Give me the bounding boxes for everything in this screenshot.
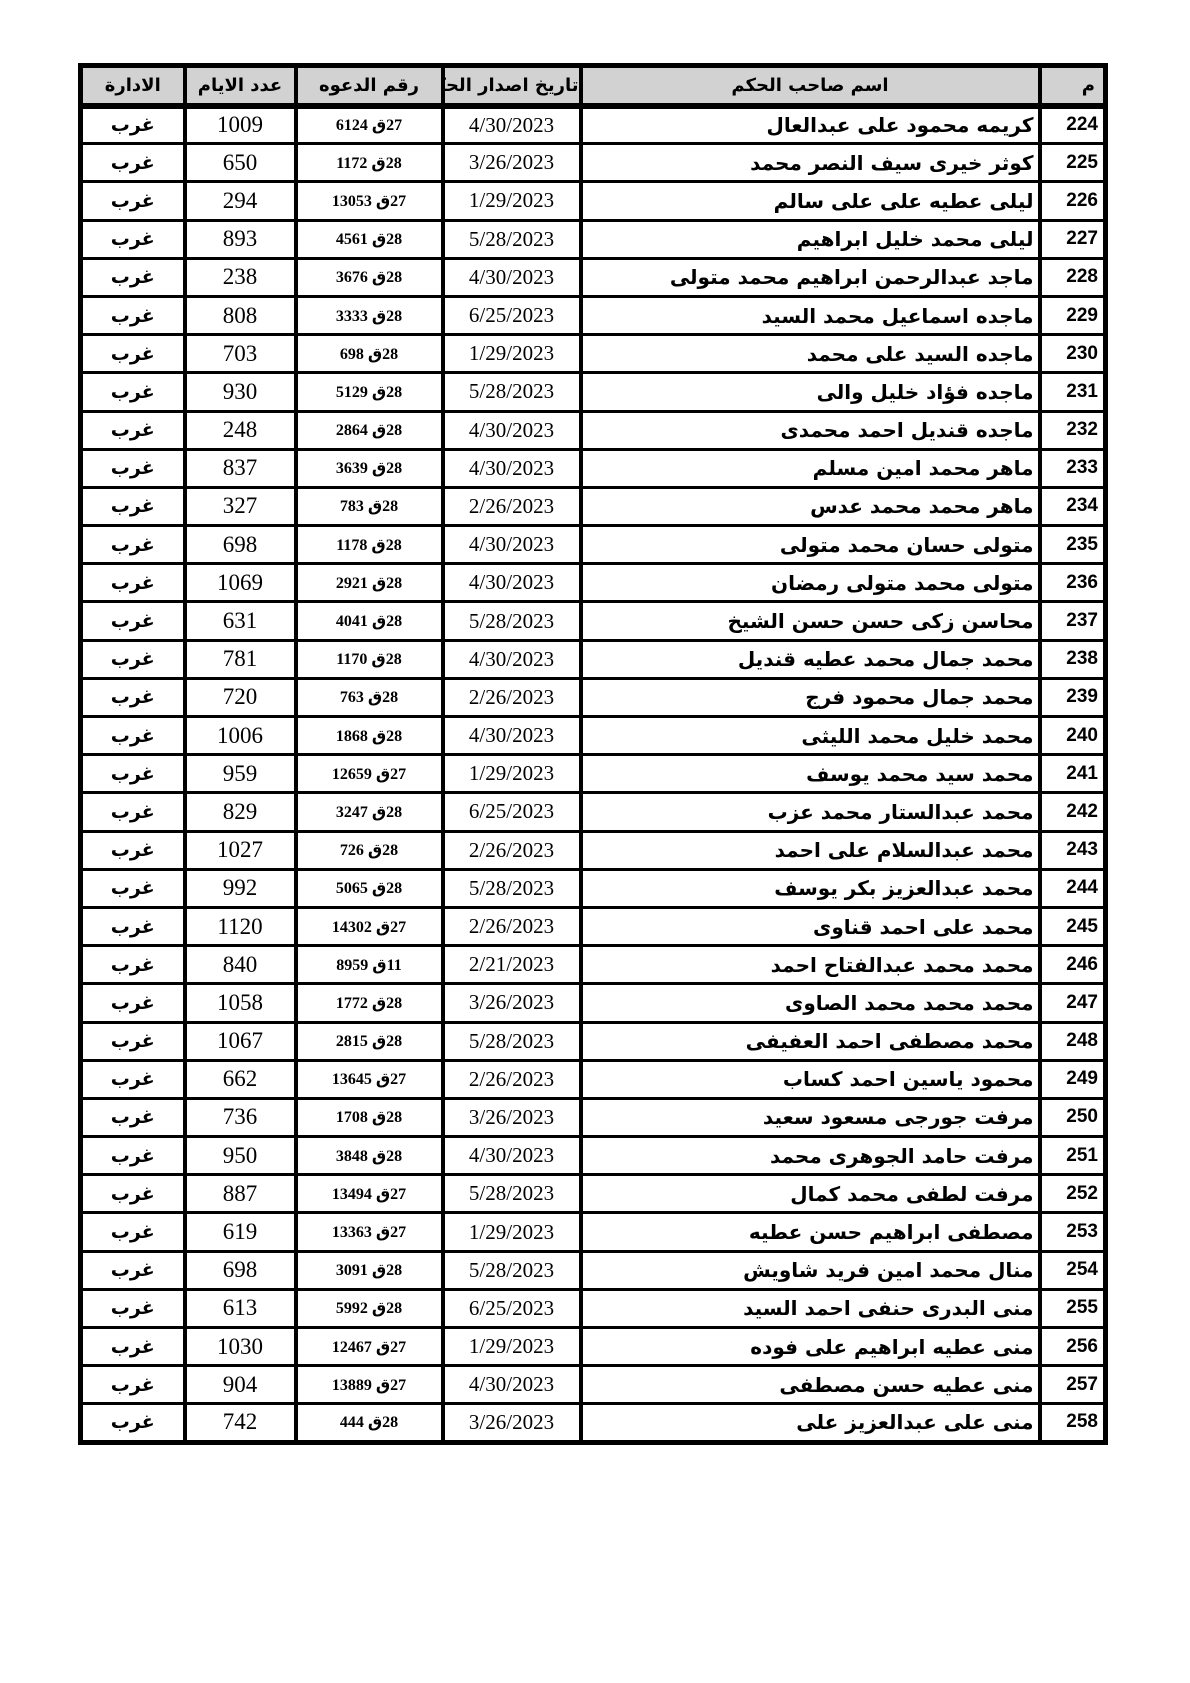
cell-days-count: 662 xyxy=(185,1060,296,1098)
cell-case-number: 27ق 12467 xyxy=(296,1328,443,1366)
cell-administration: غرب xyxy=(81,717,185,755)
header-administration: الادارة xyxy=(81,66,185,106)
cell-row-number: 242 xyxy=(1040,793,1106,831)
cell-administration: غرب xyxy=(81,831,185,869)
cell-administration: غرب xyxy=(81,793,185,831)
cell-judgment-owner: ماجده فؤاد خليل والى xyxy=(581,373,1040,411)
cell-case-number: 27ق 6124 xyxy=(296,106,443,144)
cell-days-count: 781 xyxy=(185,640,296,678)
cell-judgment-owner: منال محمد امين فريد شاويش xyxy=(581,1251,1040,1289)
cell-case-number: 27ق 12659 xyxy=(296,755,443,793)
cell-judgment-owner: ماهر محمد امين مسلم xyxy=(581,449,1040,487)
cell-judgment-date: 3/26/2023 xyxy=(443,144,581,182)
cell-judgment-owner: ليلى محمد خليل ابراهيم xyxy=(581,220,1040,258)
table-row: 224 كريمه محمود على عبدالعال 4/30/2023 2… xyxy=(81,106,1106,144)
cell-judgment-date: 5/28/2023 xyxy=(443,869,581,907)
cell-judgment-owner: ليلى عطيه على على سالم xyxy=(581,182,1040,220)
cell-judgment-date: 3/26/2023 xyxy=(443,1404,581,1442)
header-judgment-date: تاريخ اصدار الحكم xyxy=(443,66,581,106)
cell-administration: غرب xyxy=(81,1251,185,1289)
cell-judgment-date: 4/30/2023 xyxy=(443,564,581,602)
cell-case-number: 27ق 14302 xyxy=(296,907,443,945)
cell-judgment-owner: كريمه محمود على عبدالعال xyxy=(581,106,1040,144)
cell-row-number: 253 xyxy=(1040,1213,1106,1251)
cell-row-number: 258 xyxy=(1040,1404,1106,1442)
cell-judgment-date: 2/26/2023 xyxy=(443,678,581,716)
cell-judgment-date: 6/25/2023 xyxy=(443,793,581,831)
cell-judgment-date: 1/29/2023 xyxy=(443,335,581,373)
cell-case-number: 28ق 3676 xyxy=(296,258,443,296)
table-row: 243 محمد عبدالسلام على احمد 2/26/2023 28… xyxy=(81,831,1106,869)
cell-days-count: 959 xyxy=(185,755,296,793)
table-row: 249 محمود ياسين احمد كساب 2/26/2023 27ق … xyxy=(81,1060,1106,1098)
cell-administration: غرب xyxy=(81,1098,185,1136)
cell-judgment-date: 1/29/2023 xyxy=(443,755,581,793)
cell-row-number: 231 xyxy=(1040,373,1106,411)
cell-case-number: 27ق 13645 xyxy=(296,1060,443,1098)
cell-judgment-date: 4/30/2023 xyxy=(443,1137,581,1175)
cell-case-number: 11ق 8959 xyxy=(296,946,443,984)
cell-administration: غرب xyxy=(81,602,185,640)
cell-administration: غرب xyxy=(81,411,185,449)
table-row: 250 مرفت جورجى مسعود سعيد 3/26/2023 28ق … xyxy=(81,1098,1106,1136)
cell-administration: غرب xyxy=(81,106,185,144)
cell-judgment-date: 5/28/2023 xyxy=(443,373,581,411)
table-row: 240 محمد خليل محمد الليثى 4/30/2023 28ق … xyxy=(81,717,1106,755)
cell-judgment-date: 4/30/2023 xyxy=(443,1366,581,1404)
cell-row-number: 256 xyxy=(1040,1328,1106,1366)
table-row: 231 ماجده فؤاد خليل والى 5/28/2023 28ق 5… xyxy=(81,373,1106,411)
cell-case-number: 28ق 4561 xyxy=(296,220,443,258)
cell-judgment-owner: متولى حسان محمد متولى xyxy=(581,526,1040,564)
cell-days-count: 238 xyxy=(185,258,296,296)
table-row: 242 محمد عبدالستار محمد عزب 6/25/2023 28… xyxy=(81,793,1106,831)
cell-case-number: 27ق 13363 xyxy=(296,1213,443,1251)
table-row: 238 محمد جمال محمد عطيه قنديل 4/30/2023 … xyxy=(81,640,1106,678)
cell-administration: غرب xyxy=(81,640,185,678)
cell-row-number: 255 xyxy=(1040,1289,1106,1327)
table-row: 258 منى على عبدالعزيز على 3/26/2023 28ق … xyxy=(81,1404,1106,1442)
cell-case-number: 28ق 3091 xyxy=(296,1251,443,1289)
cell-judgment-owner: محمد عبدالسلام على احمد xyxy=(581,831,1040,869)
cell-administration: غرب xyxy=(81,220,185,258)
cell-administration: غرب xyxy=(81,564,185,602)
cell-row-number: 243 xyxy=(1040,831,1106,869)
cell-row-number: 244 xyxy=(1040,869,1106,907)
cell-administration: غرب xyxy=(81,1022,185,1060)
cell-administration: غرب xyxy=(81,984,185,1022)
cell-judgment-date: 5/28/2023 xyxy=(443,1251,581,1289)
cell-judgment-owner: منى البدرى حنفى احمد السيد xyxy=(581,1289,1040,1327)
cell-days-count: 613 xyxy=(185,1289,296,1327)
table-row: 253 مصطفى ابراهيم حسن عطيه 1/29/2023 27ق… xyxy=(81,1213,1106,1251)
cell-days-count: 248 xyxy=(185,411,296,449)
cell-administration: غرب xyxy=(81,526,185,564)
cell-days-count: 1027 xyxy=(185,831,296,869)
cell-judgment-date: 5/28/2023 xyxy=(443,1022,581,1060)
cell-row-number: 227 xyxy=(1040,220,1106,258)
cell-judgment-owner: محاسن زكى حسن حسن الشيخ xyxy=(581,602,1040,640)
table-row: 236 متولى محمد متولى رمضان 4/30/2023 28ق… xyxy=(81,564,1106,602)
cell-case-number: 28ق 3848 xyxy=(296,1137,443,1175)
cell-days-count: 1030 xyxy=(185,1328,296,1366)
cell-row-number: 248 xyxy=(1040,1022,1106,1060)
cell-row-number: 254 xyxy=(1040,1251,1106,1289)
table-row: 232 ماجده قنديل احمد محمدى 4/30/2023 28ق… xyxy=(81,411,1106,449)
table-row: 254 منال محمد امين فريد شاويش 5/28/2023 … xyxy=(81,1251,1106,1289)
table-row: 252 مرفت لطفى محمد كمال 5/28/2023 27ق 13… xyxy=(81,1175,1106,1213)
cell-days-count: 650 xyxy=(185,144,296,182)
cell-row-number: 235 xyxy=(1040,526,1106,564)
cell-case-number: 27ق 13053 xyxy=(296,182,443,220)
cell-judgment-owner: منى على عبدالعزيز على xyxy=(581,1404,1040,1442)
cell-case-number: 28ق 1170 xyxy=(296,640,443,678)
cell-row-number: 250 xyxy=(1040,1098,1106,1136)
cell-days-count: 294 xyxy=(185,182,296,220)
cell-case-number: 28ق 444 xyxy=(296,1404,443,1442)
header-days-count: عدد الايام xyxy=(185,66,296,106)
cell-judgment-owner: محمد محمد عبدالفتاح احمد xyxy=(581,946,1040,984)
cell-case-number: 28ق 2921 xyxy=(296,564,443,602)
cell-case-number: 27ق 13889 xyxy=(296,1366,443,1404)
cell-judgment-owner: محمد عبدالعزيز بكر يوسف xyxy=(581,869,1040,907)
cell-days-count: 808 xyxy=(185,296,296,334)
cell-administration: غرب xyxy=(81,1137,185,1175)
cell-row-number: 249 xyxy=(1040,1060,1106,1098)
cell-case-number: 28ق 5992 xyxy=(296,1289,443,1327)
cell-judgment-date: 2/26/2023 xyxy=(443,1060,581,1098)
cell-days-count: 1058 xyxy=(185,984,296,1022)
table-row: 257 منى عطيه حسن مصطفى 4/30/2023 27ق 138… xyxy=(81,1366,1106,1404)
cell-case-number: 28ق 1772 xyxy=(296,984,443,1022)
table-row: 229 ماجده اسماعيل محمد السيد 6/25/2023 2… xyxy=(81,296,1106,334)
cell-days-count: 829 xyxy=(185,793,296,831)
cell-days-count: 327 xyxy=(185,487,296,525)
cell-days-count: 631 xyxy=(185,602,296,640)
cell-days-count: 619 xyxy=(185,1213,296,1251)
cell-days-count: 950 xyxy=(185,1137,296,1175)
cell-administration: غرب xyxy=(81,946,185,984)
cell-judgment-date: 2/26/2023 xyxy=(443,831,581,869)
cell-judgment-owner: ماهر محمد محمد عدس xyxy=(581,487,1040,525)
cell-administration: غرب xyxy=(81,1213,185,1251)
cell-row-number: 225 xyxy=(1040,144,1106,182)
table-row: 256 منى عطيه ابراهيم على فوده 1/29/2023 … xyxy=(81,1328,1106,1366)
cell-judgment-date: 4/30/2023 xyxy=(443,411,581,449)
cell-days-count: 1069 xyxy=(185,564,296,602)
cell-row-number: 224 xyxy=(1040,106,1106,144)
cell-days-count: 893 xyxy=(185,220,296,258)
cell-case-number: 28ق 1708 xyxy=(296,1098,443,1136)
table-sheet: م اسم صاحب الحكم تاريخ اصدار الحكم رقم ا… xyxy=(78,63,1108,1445)
cell-judgment-owner: محمد خليل محمد الليثى xyxy=(581,717,1040,755)
table-row: 255 منى البدرى حنفى احمد السيد 6/25/2023… xyxy=(81,1289,1106,1327)
cell-case-number: 28ق 726 xyxy=(296,831,443,869)
cell-days-count: 1120 xyxy=(185,907,296,945)
cell-days-count: 1067 xyxy=(185,1022,296,1060)
cell-row-number: 246 xyxy=(1040,946,1106,984)
cell-administration: غرب xyxy=(81,1175,185,1213)
cell-days-count: 1009 xyxy=(185,106,296,144)
cell-days-count: 736 xyxy=(185,1098,296,1136)
cell-days-count: 904 xyxy=(185,1366,296,1404)
table-row: 235 متولى حسان محمد متولى 4/30/2023 28ق … xyxy=(81,526,1106,564)
cell-row-number: 257 xyxy=(1040,1366,1106,1404)
cell-administration: غرب xyxy=(81,1289,185,1327)
cell-judgment-owner: محمد سيد محمد يوسف xyxy=(581,755,1040,793)
cell-administration: غرب xyxy=(81,1060,185,1098)
cell-row-number: 245 xyxy=(1040,907,1106,945)
cell-days-count: 887 xyxy=(185,1175,296,1213)
cell-judgment-owner: محمد محمد محمد الصاوى xyxy=(581,984,1040,1022)
cell-administration: غرب xyxy=(81,1404,185,1442)
cell-judgment-date: 2/21/2023 xyxy=(443,946,581,984)
cell-judgment-date: 6/25/2023 xyxy=(443,1289,581,1327)
cell-case-number: 28ق 2864 xyxy=(296,411,443,449)
cell-row-number: 226 xyxy=(1040,182,1106,220)
cell-case-number: 28ق 698 xyxy=(296,335,443,373)
cell-row-number: 232 xyxy=(1040,411,1106,449)
table-row: 244 محمد عبدالعزيز بكر يوسف 5/28/2023 28… xyxy=(81,869,1106,907)
cell-judgment-date: 4/30/2023 xyxy=(443,526,581,564)
cell-case-number: 28ق 1868 xyxy=(296,717,443,755)
cell-days-count: 930 xyxy=(185,373,296,411)
cell-judgment-date: 3/26/2023 xyxy=(443,1098,581,1136)
cell-judgment-owner: محمد جمال محمد عطيه قنديل xyxy=(581,640,1040,678)
cell-judgment-owner: محمد على احمد قناوى xyxy=(581,907,1040,945)
cell-judgment-owner: محمد عبدالستار محمد عزب xyxy=(581,793,1040,831)
cell-judgment-date: 1/29/2023 xyxy=(443,1328,581,1366)
cell-judgment-date: 5/28/2023 xyxy=(443,220,581,258)
cell-row-number: 251 xyxy=(1040,1137,1106,1175)
cell-row-number: 240 xyxy=(1040,717,1106,755)
cell-administration: غرب xyxy=(81,1328,185,1366)
table-row: 248 محمد مصطفى احمد العفيفى 5/28/2023 28… xyxy=(81,1022,1106,1060)
table-row: 247 محمد محمد محمد الصاوى 3/26/2023 28ق … xyxy=(81,984,1106,1022)
cell-judgment-date: 6/25/2023 xyxy=(443,296,581,334)
table-row: 228 ماجد عبدالرحمن ابراهيم محمد متولى 4/… xyxy=(81,258,1106,296)
cell-administration: غرب xyxy=(81,296,185,334)
cell-administration: غرب xyxy=(81,487,185,525)
cell-case-number: 28ق 5065 xyxy=(296,869,443,907)
cell-row-number: 228 xyxy=(1040,258,1106,296)
table-row: 227 ليلى محمد خليل ابراهيم 5/28/2023 28ق… xyxy=(81,220,1106,258)
cell-judgment-owner: منى عطيه حسن مصطفى xyxy=(581,1366,1040,1404)
cell-case-number: 28ق 783 xyxy=(296,487,443,525)
cell-judgment-owner: مرفت جورجى مسعود سعيد xyxy=(581,1098,1040,1136)
cell-judgment-date: 4/30/2023 xyxy=(443,449,581,487)
cell-administration: غرب xyxy=(81,182,185,220)
cell-row-number: 241 xyxy=(1040,755,1106,793)
cell-administration: غرب xyxy=(81,449,185,487)
cell-judgment-owner: ماجده قنديل احمد محمدى xyxy=(581,411,1040,449)
table-row: 246 محمد محمد عبدالفتاح احمد 2/21/2023 1… xyxy=(81,946,1106,984)
cell-row-number: 233 xyxy=(1040,449,1106,487)
table-row: 245 محمد على احمد قناوى 2/26/2023 27ق 14… xyxy=(81,907,1106,945)
cell-case-number: 28ق 5129 xyxy=(296,373,443,411)
cell-judgment-date: 4/30/2023 xyxy=(443,106,581,144)
judgments-table: م اسم صاحب الحكم تاريخ اصدار الحكم رقم ا… xyxy=(78,63,1108,1445)
cell-case-number: 28ق 3333 xyxy=(296,296,443,334)
cell-case-number: 27ق 13494 xyxy=(296,1175,443,1213)
table-body: 224 كريمه محمود على عبدالعال 4/30/2023 2… xyxy=(81,106,1106,1443)
cell-case-number: 28ق 1178 xyxy=(296,526,443,564)
cell-row-number: 236 xyxy=(1040,564,1106,602)
cell-case-number: 28ق 2815 xyxy=(296,1022,443,1060)
table-row: 234 ماهر محمد محمد عدس 2/26/2023 28ق 783… xyxy=(81,487,1106,525)
cell-days-count: 1006 xyxy=(185,717,296,755)
cell-row-number: 239 xyxy=(1040,678,1106,716)
cell-days-count: 698 xyxy=(185,1251,296,1289)
cell-judgment-date: 2/26/2023 xyxy=(443,907,581,945)
cell-judgment-date: 4/30/2023 xyxy=(443,717,581,755)
cell-judgment-date: 4/30/2023 xyxy=(443,640,581,678)
cell-judgment-owner: مرفت لطفى محمد كمال xyxy=(581,1175,1040,1213)
cell-judgment-owner: محمد مصطفى احمد العفيفى xyxy=(581,1022,1040,1060)
header-row-number: م xyxy=(1040,66,1106,106)
table-row: 225 كوثر خيرى سيف النصر محمد 3/26/2023 2… xyxy=(81,144,1106,182)
cell-case-number: 28ق 763 xyxy=(296,678,443,716)
table-row: 239 محمد جمال محمود فرج 2/26/2023 28ق 76… xyxy=(81,678,1106,716)
cell-administration: غرب xyxy=(81,907,185,945)
cell-days-count: 837 xyxy=(185,449,296,487)
table-row: 241 محمد سيد محمد يوسف 1/29/2023 27ق 126… xyxy=(81,755,1106,793)
table-row: 226 ليلى عطيه على على سالم 1/29/2023 27ق… xyxy=(81,182,1106,220)
header-judgment-owner: اسم صاحب الحكم xyxy=(581,66,1040,106)
cell-judgment-owner: ماجد عبدالرحمن ابراهيم محمد متولى xyxy=(581,258,1040,296)
cell-judgment-date: 3/26/2023 xyxy=(443,984,581,1022)
cell-administration: غرب xyxy=(81,869,185,907)
cell-administration: غرب xyxy=(81,144,185,182)
cell-case-number: 28ق 1172 xyxy=(296,144,443,182)
cell-administration: غرب xyxy=(81,678,185,716)
cell-judgment-date: 5/28/2023 xyxy=(443,1175,581,1213)
cell-judgment-owner: مرفت حامد الجوهرى محمد xyxy=(581,1137,1040,1175)
table-header: م اسم صاحب الحكم تاريخ اصدار الحكم رقم ا… xyxy=(81,66,1106,106)
cell-row-number: 238 xyxy=(1040,640,1106,678)
cell-case-number: 28ق 4041 xyxy=(296,602,443,640)
cell-judgment-owner: محمود ياسين احمد كساب xyxy=(581,1060,1040,1098)
cell-case-number: 28ق 3639 xyxy=(296,449,443,487)
cell-row-number: 230 xyxy=(1040,335,1106,373)
cell-days-count: 992 xyxy=(185,869,296,907)
table-row: 251 مرفت حامد الجوهرى محمد 4/30/2023 28ق… xyxy=(81,1137,1106,1175)
cell-row-number: 247 xyxy=(1040,984,1106,1022)
cell-row-number: 237 xyxy=(1040,602,1106,640)
cell-days-count: 720 xyxy=(185,678,296,716)
header-case-number: رقم الدعوه xyxy=(296,66,443,106)
document-page: { "table": { "headers": { "no": "\u0645"… xyxy=(0,0,1190,1683)
cell-judgment-owner: متولى محمد متولى رمضان xyxy=(581,564,1040,602)
cell-judgment-date: 5/28/2023 xyxy=(443,602,581,640)
cell-judgment-date: 2/26/2023 xyxy=(443,487,581,525)
cell-administration: غرب xyxy=(81,335,185,373)
header-row: م اسم صاحب الحكم تاريخ اصدار الحكم رقم ا… xyxy=(81,66,1106,106)
table-row: 233 ماهر محمد امين مسلم 4/30/2023 28ق 36… xyxy=(81,449,1106,487)
cell-days-count: 698 xyxy=(185,526,296,564)
cell-days-count: 840 xyxy=(185,946,296,984)
cell-judgment-owner: ماجده اسماعيل محمد السيد xyxy=(581,296,1040,334)
cell-administration: غرب xyxy=(81,1366,185,1404)
cell-days-count: 703 xyxy=(185,335,296,373)
cell-case-number: 28ق 3247 xyxy=(296,793,443,831)
cell-days-count: 742 xyxy=(185,1404,296,1442)
cell-judgment-owner: مصطفى ابراهيم حسن عطيه xyxy=(581,1213,1040,1251)
cell-administration: غرب xyxy=(81,258,185,296)
cell-row-number: 229 xyxy=(1040,296,1106,334)
cell-administration: غرب xyxy=(81,373,185,411)
cell-judgment-owner: منى عطيه ابراهيم على فوده xyxy=(581,1328,1040,1366)
cell-administration: غرب xyxy=(81,755,185,793)
cell-judgment-owner: ماجده السيد على محمد xyxy=(581,335,1040,373)
table-row: 237 محاسن زكى حسن حسن الشيخ 5/28/2023 28… xyxy=(81,602,1106,640)
cell-judgment-date: 4/30/2023 xyxy=(443,258,581,296)
cell-judgment-date: 1/29/2023 xyxy=(443,182,581,220)
cell-judgment-owner: كوثر خيرى سيف النصر محمد xyxy=(581,144,1040,182)
cell-judgment-owner: محمد جمال محمود فرج xyxy=(581,678,1040,716)
table-row: 230 ماجده السيد على محمد 1/29/2023 28ق 6… xyxy=(81,335,1106,373)
cell-row-number: 252 xyxy=(1040,1175,1106,1213)
cell-row-number: 234 xyxy=(1040,487,1106,525)
cell-judgment-date: 1/29/2023 xyxy=(443,1213,581,1251)
